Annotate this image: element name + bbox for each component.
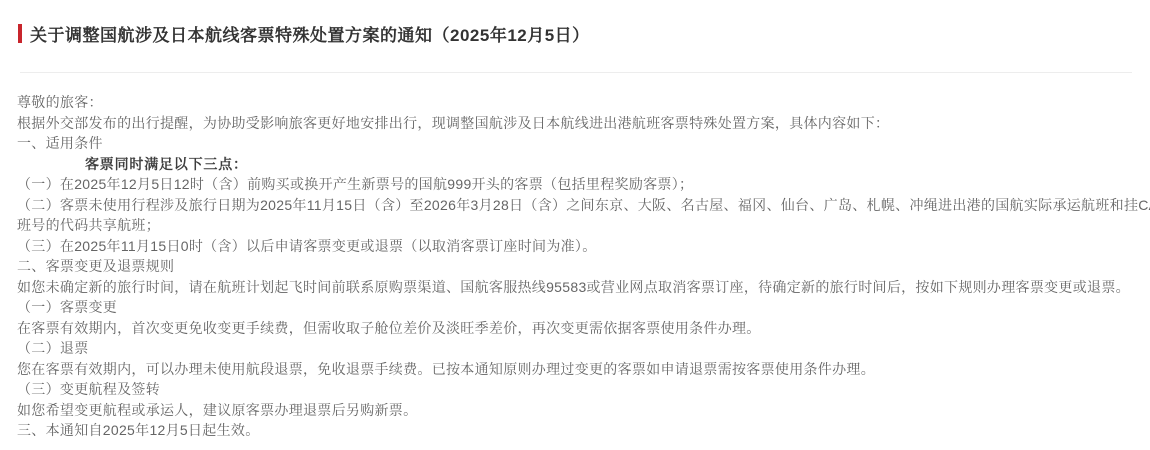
condition-item-3: （三）在2025年11月15日0时（含）以后申请客票变更或退票（以取消客票订座时… [17,236,1140,257]
subsection-refund-heading: （二）退票 [17,338,1140,359]
condition-item-1: （一）在2025年12月5日12时（含）前购买或换开产生新票号的国航999开头的… [17,174,1140,195]
header-divider [20,72,1132,73]
notice-greeting: 尊敬的旅客： [17,92,1140,113]
refund-rule-text: 您在客票有效期内，可以办理未使用航段退票，免收退票手续费。已按本通知原则办理过变… [17,359,1140,380]
change-rule-text: 在客票有效期内，首次变更免收变更手续费，但需收取子舱位差价及淡旺季差价，再次变更… [17,318,1140,339]
subsection-reroute-heading: （三）变更航程及签转 [17,379,1140,400]
condition-item-2-cont: 班号的代码共享航班； [17,215,1140,236]
effective-date: 三、本通知自2025年12月5日起生效。 [17,420,1140,441]
section-2-heading: 二、客票变更及退票规则 [17,256,1140,277]
condition-item-2: （二）客票未使用行程涉及旅行日期为2025年11月15日（含）至2026年3月2… [17,195,1140,216]
subsection-change-heading: （一）客票变更 [17,297,1140,318]
conditions-lead: 客票同时满足以下三点： [17,154,1140,175]
section-2-intro: 如您未确定新的旅行时间，请在航班计划起飞时间前联系原购票渠道、国航客服热线955… [17,277,1140,298]
notice-body: 尊敬的旅客： 根据外交部发布的出行提醒，为协助受影响旅客更好地安排出行，现调整国… [17,92,1140,441]
title-accent-bar [18,24,22,43]
reroute-rule-text: 如您希望变更航程或承运人，建议原客票办理退票后另购新票。 [17,400,1140,421]
section-1-heading: 一、适用条件 [17,133,1140,154]
page-title: 关于调整国航涉及日本航线客票特殊处置方案的通知（2025年12月5日） [30,21,590,46]
notice-header: 关于调整国航涉及日本航线客票特殊处置方案的通知（2025年12月5日） [0,0,1150,46]
notice-intro: 根据外交部发布的出行提醒，为协助受影响旅客更好地安排出行，现调整国航涉及日本航线… [17,113,1140,134]
